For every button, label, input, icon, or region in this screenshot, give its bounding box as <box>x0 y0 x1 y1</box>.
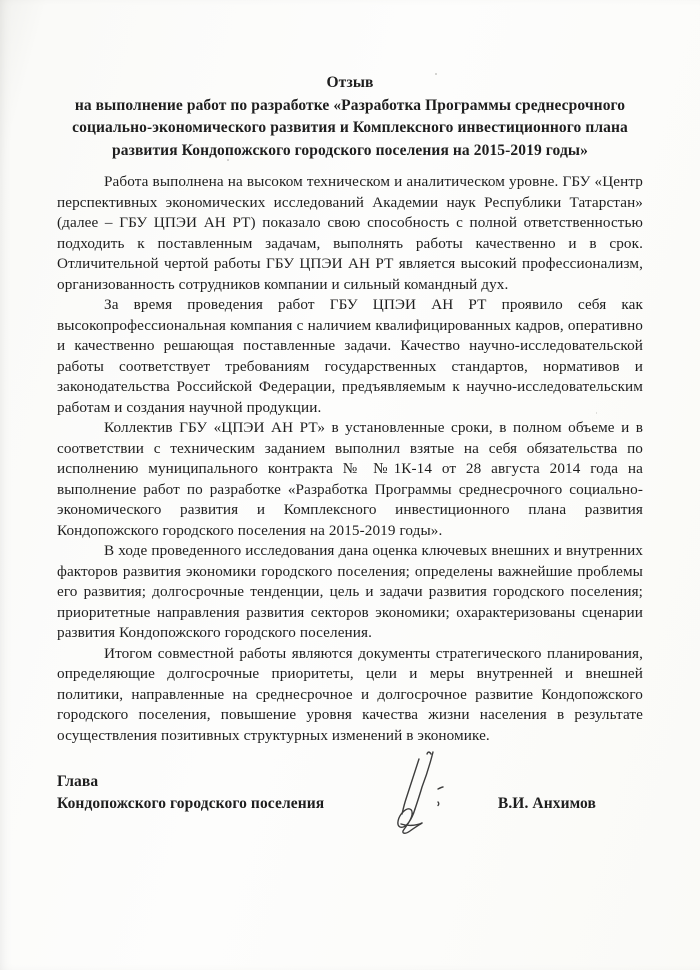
body-paragraph: За время проведения работ ГБУ ЦПЭИ АН РТ… <box>57 295 643 418</box>
text-line: В ходе проведенного исследования дана оц… <box>57 541 643 562</box>
text-line: факторов развития экономики городского п… <box>57 562 643 583</box>
text-line: Кондопожского городского поселения на 20… <box>57 521 643 542</box>
signer-position-line: Глава <box>57 771 324 793</box>
body-paragraph: В ходе проведенного исследования дана оц… <box>57 541 643 644</box>
text-line: Итогом совместной работы являются докуме… <box>57 644 643 665</box>
document-title-heading: Отзыв <box>57 72 643 95</box>
text-line: высокопрофессиональная компания с наличи… <box>57 316 643 337</box>
text-line: выполнение работ по разработке «Разработ… <box>57 480 643 501</box>
document-body: Работа выполнена на высоком техническом … <box>57 172 643 746</box>
scanned-document-page: Отзыв на выполнение работ по разработке … <box>0 0 700 970</box>
text-line: законодательства Российской Федерации, п… <box>57 377 643 398</box>
text-line: исполнению муниципального контракта № №1… <box>57 459 643 480</box>
text-line: определяющие долгосрочные приоритеты, це… <box>57 664 643 685</box>
text-line: работы соответствует требованиям государ… <box>57 357 643 378</box>
document-title-block: Отзыв на выполнение работ по разработке … <box>57 72 643 162</box>
text-line: организованность сотрудников компании и … <box>57 275 643 296</box>
signer-position: Глава Кондопожского городского поселения <box>57 771 324 814</box>
text-line: осуществления позитивных структурных изм… <box>57 726 643 747</box>
text-line: приоритетные направления развития сектор… <box>57 603 643 624</box>
signer-name: В.И. Анхимов <box>498 793 643 815</box>
text-line: За время проведения работ ГБУ ЦПЭИ АН РТ… <box>57 295 643 316</box>
document-title-line: развития Кондопожского городского поселе… <box>57 140 643 163</box>
text-line: Коллектив ГБУ «ЦПЭИ АН РТ» в установленн… <box>57 418 643 439</box>
text-line: соответствии с техническим заданием выпо… <box>57 439 643 460</box>
body-paragraph: Итогом совместной работы являются докуме… <box>57 644 643 747</box>
document-content: Отзыв на выполнение работ по разработке … <box>57 0 643 746</box>
scan-speck <box>596 412 597 414</box>
signature-block: Глава Кондопожского городского поселения… <box>57 771 643 814</box>
scan-speck <box>227 159 229 161</box>
document-title-line: социально-экономического развития и Комп… <box>57 117 643 140</box>
text-line: перспективных экономических исследований… <box>57 193 643 214</box>
text-line: городского поселения, повышение уровня к… <box>57 705 643 726</box>
body-paragraph: Коллектив ГБУ «ЦПЭИ АН РТ» в установленн… <box>57 418 643 541</box>
document-title-line: на выполнение работ по разработке «Разра… <box>57 95 643 118</box>
text-line: Работа выполнена на высоком техническом … <box>57 172 643 193</box>
signer-position-line: Кондопожского городского поселения <box>57 793 324 815</box>
text-line: его развития; долгосрочные тенденции, це… <box>57 582 643 603</box>
scan-speck <box>435 73 437 75</box>
text-line: подходить к поставленным задачам, выполн… <box>57 234 643 255</box>
text-line: и качественно решающая поставленные зада… <box>57 336 643 357</box>
text-line: работам и создания научной продукции. <box>57 398 643 419</box>
text-line: (далее – ГБУ ЦПЭИ АН РТ) показало свою с… <box>57 213 643 234</box>
body-paragraph: Работа выполнена на высоком техническом … <box>57 172 643 295</box>
text-line: политики, направленные на среднесрочное … <box>57 685 643 706</box>
text-line: экономического развития и Комплексного и… <box>57 500 643 521</box>
text-line: Отличительной чертой работы ГБУ ЦПЭИ АН … <box>57 254 643 275</box>
handwritten-signature-icon <box>393 747 447 842</box>
text-line: развития Кондопожского городского поселе… <box>57 623 643 644</box>
